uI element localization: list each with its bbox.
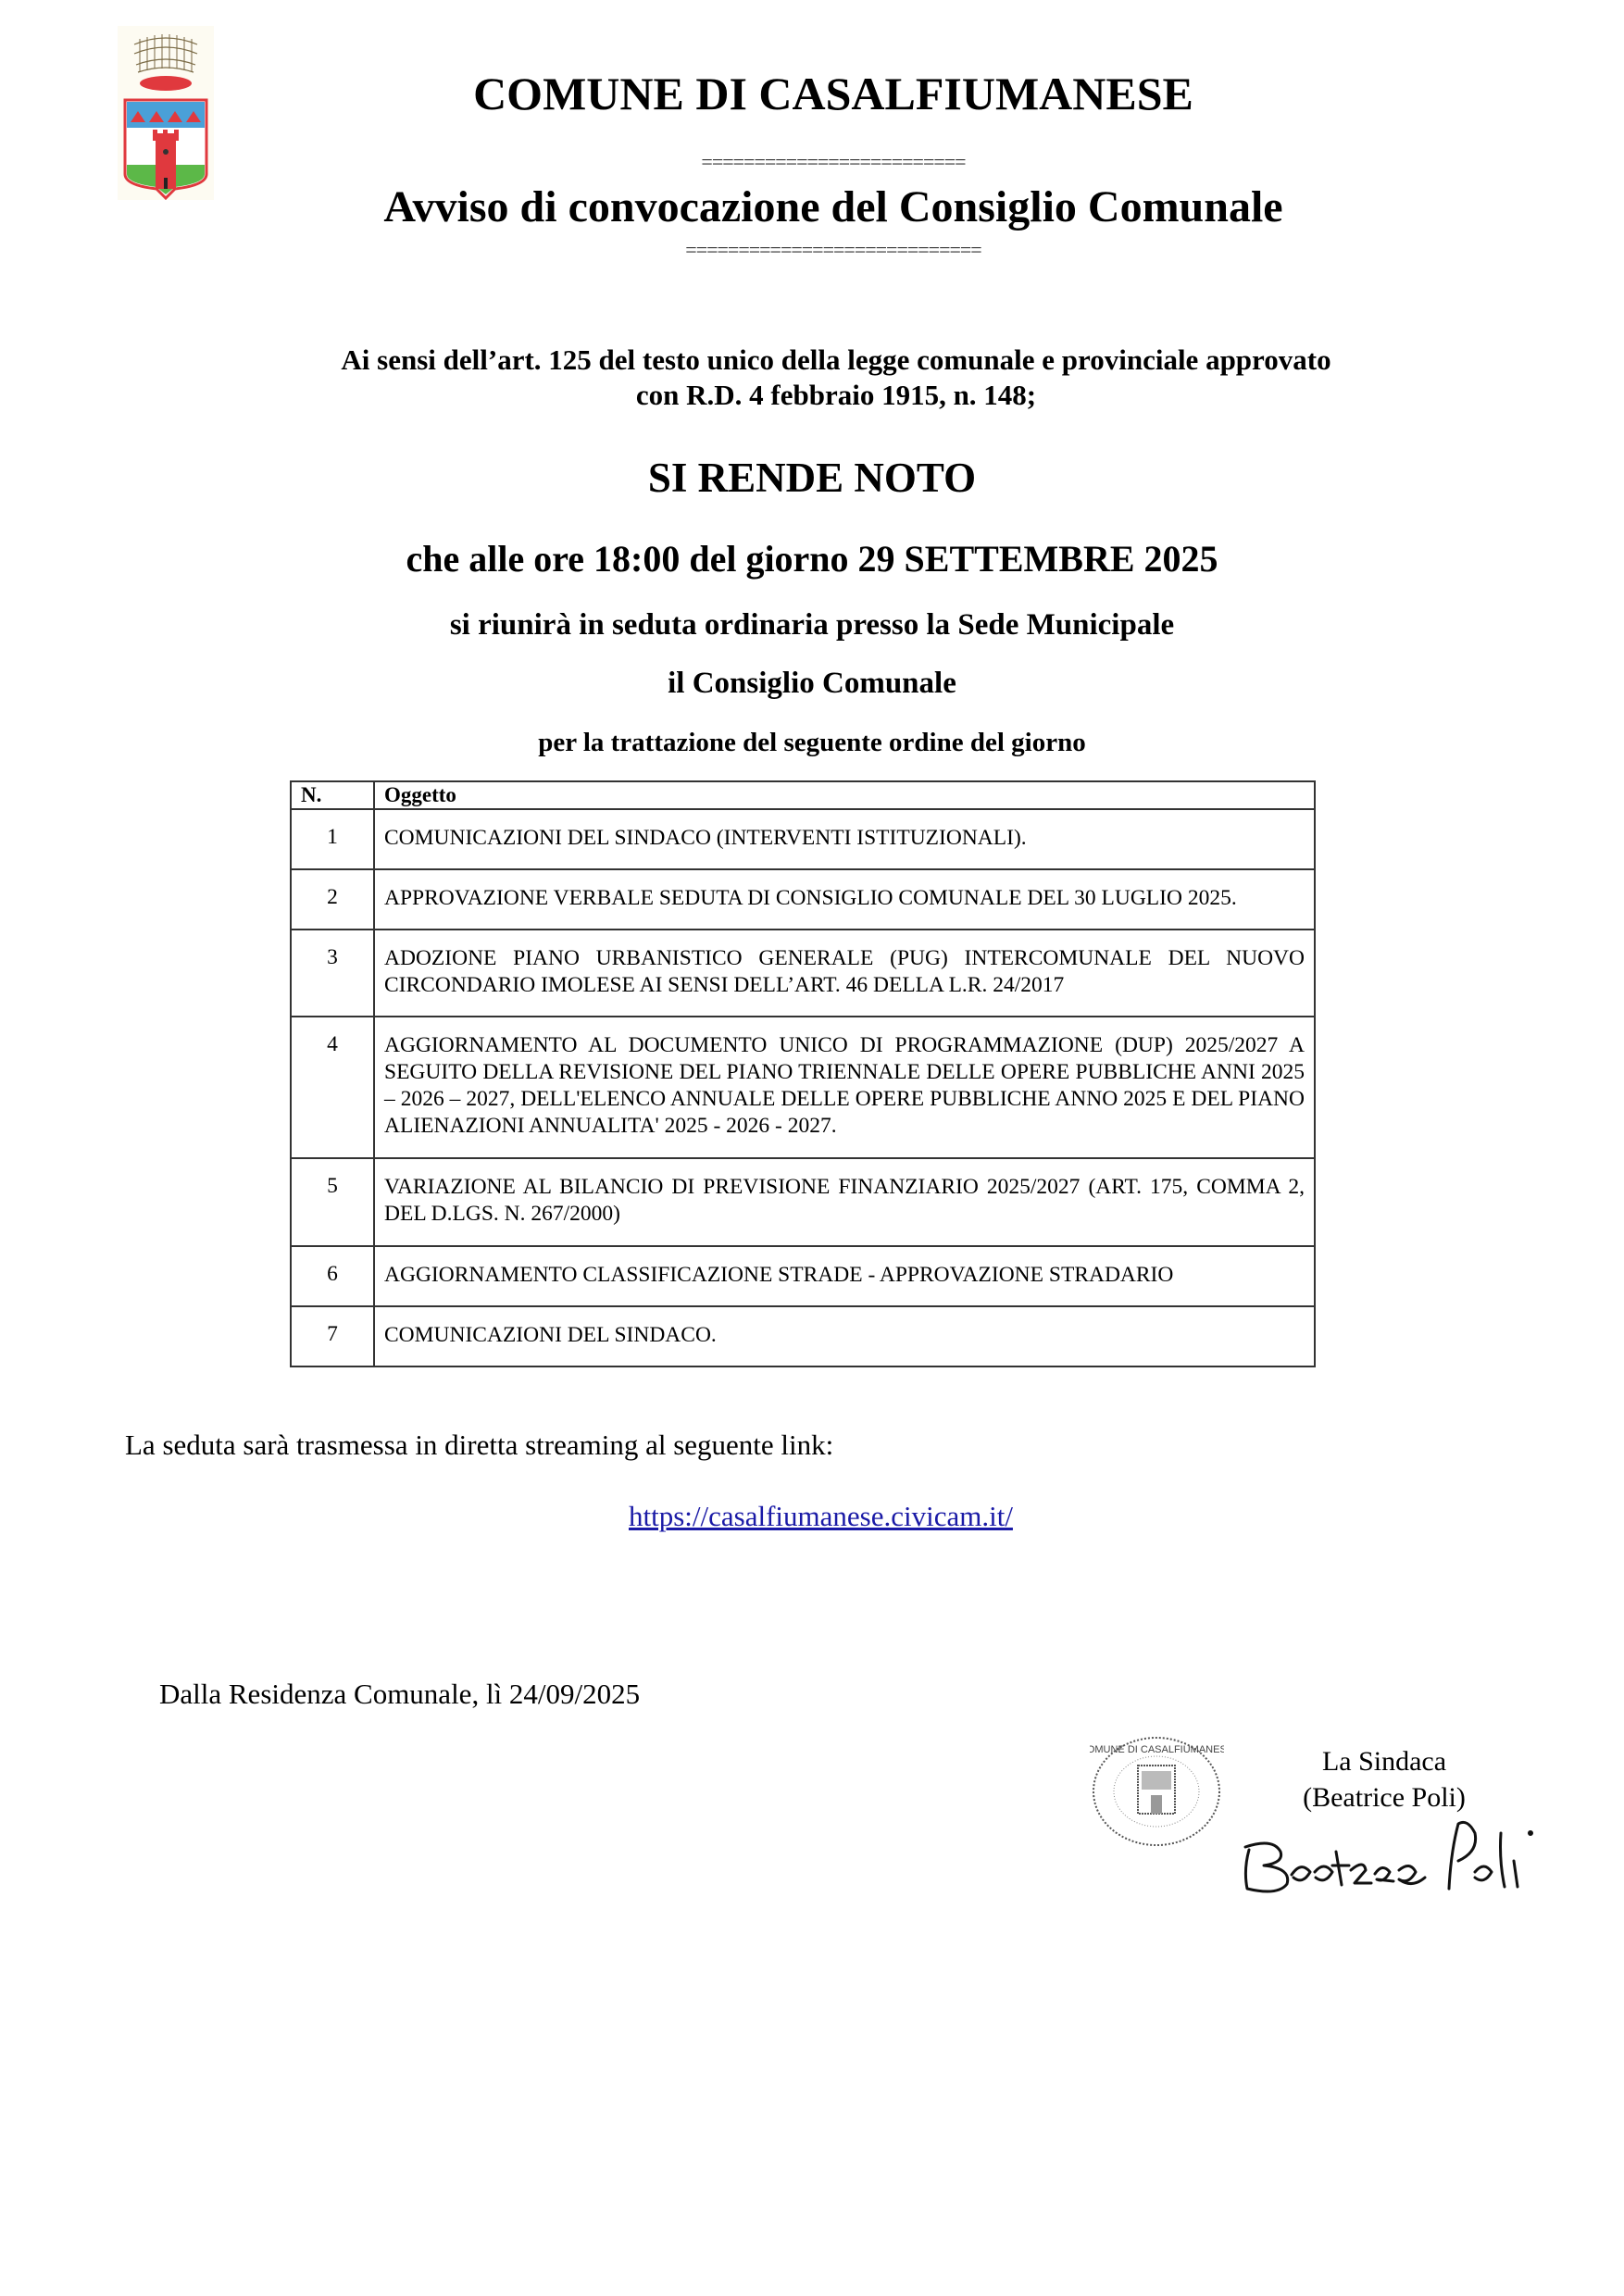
item-number: 3 [291,930,374,1017]
item-subject: VARIAZIONE AL BILANCIO DI PREVISIONE FIN… [374,1158,1315,1246]
item-subject: AGGIORNAMENTO CLASSIFICAZIONE STRADE - A… [374,1246,1315,1306]
table-row: 3 ADOZIONE PIANO URBANISTICO GENERALE (P… [291,930,1315,1017]
item-number: 5 [291,1158,374,1246]
place-date: Dalla Residenza Comunale, lì 24/09/2025 [159,1678,640,1711]
table-row: 5 VARIAZIONE AL BILANCIO DI PREVISIONE F… [291,1158,1315,1246]
item-number: 6 [291,1246,374,1306]
meeting-venue: si riunirà in seduta ordinaria presso la… [0,608,1624,643]
agenda-table: N. Oggetto 1 COMUNICAZIONI DEL SINDACO (… [290,780,1316,1367]
streaming-link[interactable]: https://casalfiumanese.civicam.it/ [629,1500,1013,1533]
signatory-role: La Sindaca [1292,1746,1477,1778]
legal-basis-line-2: con R.D. 4 febbraio 1915, n. 148; [290,378,1382,413]
separator-top: ========================= [139,150,1528,174]
municipality-name: COMUNE DI CASALFIUMANESE [139,67,1528,120]
item-subject: ADOZIONE PIANO URBANISTICO GENERALE (PUG… [374,930,1315,1017]
table-row: 4 AGGIORNAMENTO AL DOCUMENTO UNICO DI PR… [291,1017,1315,1158]
item-number: 7 [291,1306,374,1366]
handwritten-signature-icon [1236,1815,1542,1898]
item-subject: APPROVAZIONE VERBALE SEDUTA DI CONSIGLIO… [374,869,1315,930]
item-subject: COMUNICAZIONI DEL SINDACO. [374,1306,1315,1366]
agenda-intro: per la trattazione del seguente ordine d… [0,728,1624,758]
page-title: Avviso di convocazione del Consiglio Com… [139,181,1528,232]
streaming-text: La seduta sarà trasmessa in diretta stre… [125,1429,833,1462]
meeting-datetime: che alle ore 18:00 del giorno 29 SETTEMB… [0,537,1624,580]
item-number: 4 [291,1017,374,1158]
agenda-header-row: N. Oggetto [291,781,1315,809]
column-header-number: N. [291,781,374,809]
table-row: 1 COMUNICAZIONI DEL SINDACO (INTERVENTI … [291,809,1315,869]
item-subject: COMUNICAZIONI DEL SINDACO (INTERVENTI IS… [374,809,1315,869]
item-number: 1 [291,809,374,869]
municipal-stamp-icon: COMUNE DI CASALFIUMANESE [1090,1734,1224,1850]
item-number: 2 [291,869,374,930]
svg-text:COMUNE DI CASALFIUMANESE: COMUNE DI CASALFIUMANESE [1090,1744,1224,1755]
separator-bottom: ============================ [139,238,1528,262]
legal-basis-line-1: Ai sensi dell’art. 125 del testo unico d… [290,343,1382,378]
signatory-name: (Beatrice Poli) [1282,1782,1486,1814]
notice-heading: SI RENDE NOTO [0,454,1624,502]
council-name: il Consiglio Comunale [0,667,1624,701]
item-subject: AGGIORNAMENTO AL DOCUMENTO UNICO DI PROG… [374,1017,1315,1158]
table-row: 6 AGGIORNAMENTO CLASSIFICAZIONE STRADE -… [291,1246,1315,1306]
table-row: 7 COMUNICAZIONI DEL SINDACO. [291,1306,1315,1366]
legal-basis: Ai sensi dell’art. 125 del testo unico d… [290,343,1382,413]
table-row: 2 APPROVAZIONE VERBALE SEDUTA DI CONSIGL… [291,869,1315,930]
column-header-subject: Oggetto [374,781,1315,809]
